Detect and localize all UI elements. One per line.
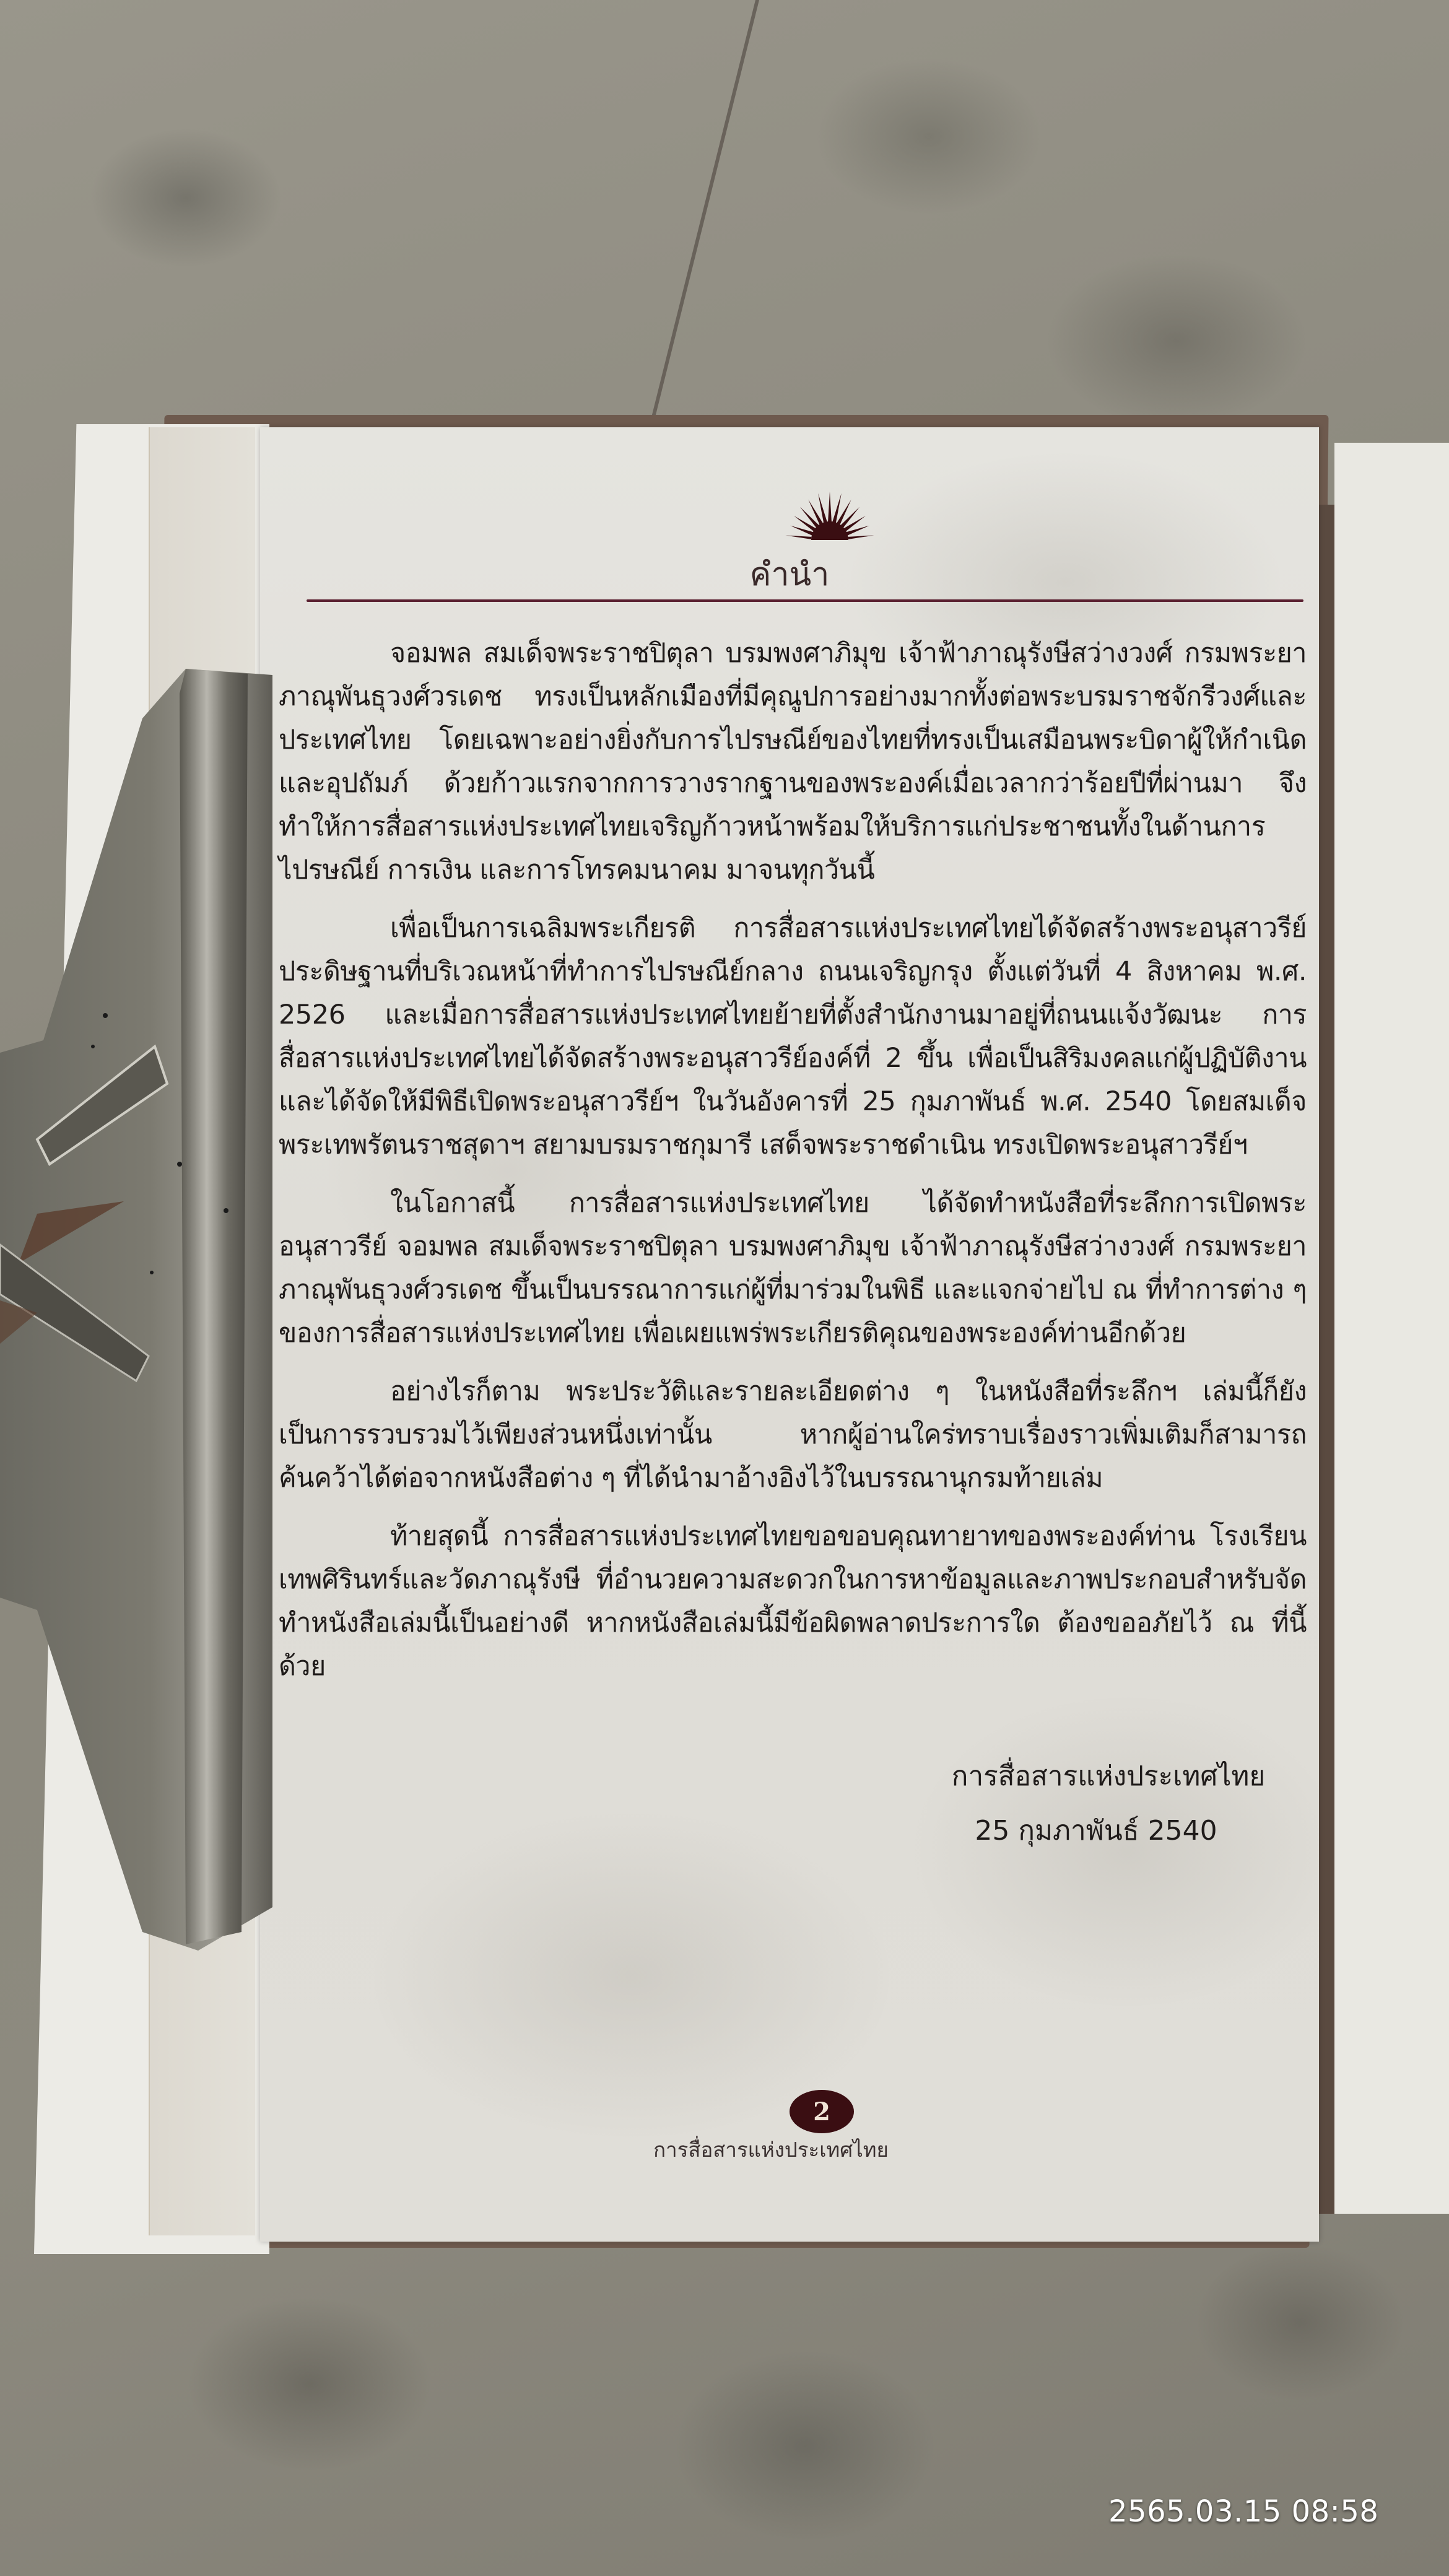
- binder-clip-icon: [0, 669, 279, 1957]
- signature-block: การสื่อสารแห่งประเทศไทย 25 กุมภาพันธ์ 25…: [879, 1749, 1313, 1858]
- paragraph: ในโอกาสนี้ การสื่อสารแห่งประเทศไทย ได้จั…: [279, 1181, 1307, 1355]
- photo-timestamp: 2565.03.15 08:58: [1108, 2494, 1378, 2529]
- facing-page: [1334, 443, 1449, 2214]
- paragraph: จอมพล สมเด็จพระราชปิตุลา บรมพงศาภิมุข เจ…: [279, 632, 1307, 892]
- sunburst-ornament-icon: [774, 489, 885, 545]
- signature-date: 25 กุมภาพันธ์ 2540: [879, 1804, 1313, 1858]
- paragraph: อย่างไรก็ตาม พระประวัติและรายละเอียดต่าง…: [279, 1370, 1307, 1500]
- paragraph: ท้ายสุดนี้ การสื่อสารแห่งประเทศไทยขอขอบค…: [279, 1515, 1307, 1688]
- signature-organization: การสื่อสารแห่งประเทศไทย: [904, 1749, 1313, 1804]
- foreword-body: จอมพล สมเด็จพระราชปิตุลา บรมพงศาภิมุข เจ…: [279, 632, 1307, 1703]
- footer-publisher: การสื่อสารแห่งประเทศไทย: [260, 2133, 1319, 2166]
- paragraph: เพื่อเป็นการเฉลิมพระเกียรติ การสื่อสารแห…: [279, 907, 1307, 1167]
- page-number-badge: 2: [790, 2090, 854, 2133]
- title-divider: [307, 599, 1303, 602]
- foreword-page: คำนำ จอมพล สมเด็จพระราชปิตุลา บรมพงศาภิม…: [260, 427, 1319, 2242]
- page-title: คำนำ: [260, 548, 1319, 599]
